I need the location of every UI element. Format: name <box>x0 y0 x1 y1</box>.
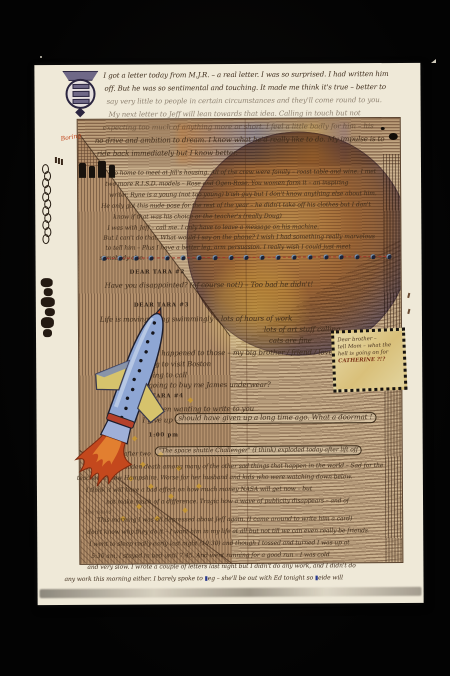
bead <box>291 254 296 259</box>
tally-mark <box>61 159 63 165</box>
photograph-of-journal-page: Boring <box>0 0 450 676</box>
margin-tick <box>407 309 410 314</box>
tally-mark <box>58 158 60 164</box>
journal-line: say very little to people in certain cir… <box>107 97 382 106</box>
bead <box>339 254 344 259</box>
entry-header: DEAR TARA #2 <box>130 270 185 276</box>
boxed-line: should have given up a long time ago. Wh… <box>174 412 376 425</box>
stamp-line: CATHERINE ?!? <box>338 356 400 366</box>
stamp-box: Dear brother – tell Mom – what the hell … <box>331 328 407 393</box>
bead <box>196 255 201 260</box>
totem-doodle <box>41 277 55 337</box>
journal-line-redacted: any work this morning either. I barely s… <box>64 575 342 583</box>
bead <box>371 254 376 259</box>
ink-blot <box>381 127 385 130</box>
bead <box>276 254 281 259</box>
bead <box>149 255 154 260</box>
journal-line: I got a letter today from M.J.R. – a rea… <box>103 71 388 80</box>
journal-paper: Boring <box>34 63 423 605</box>
journal-line: and very slow. I wrote a couple of lette… <box>87 563 355 571</box>
bead <box>117 255 122 260</box>
bead <box>323 254 328 259</box>
bead <box>165 255 170 260</box>
bead <box>386 254 391 259</box>
journal-line: I was with Jeff – call me. I only have t… <box>107 224 319 232</box>
journal-line: Have you disappointed? (of course not!) … <box>105 281 313 290</box>
bead <box>102 255 107 260</box>
bead <box>133 255 138 260</box>
bead <box>355 254 360 259</box>
ink-figures-doodle <box>79 161 115 178</box>
boxed-line: "The space shuttle Challenger" (I think)… <box>155 445 362 457</box>
photo-speck <box>40 56 42 58</box>
bead <box>260 254 265 259</box>
journal-line: the news <box>85 510 112 516</box>
bead <box>212 255 217 260</box>
monogram-emblem-icon <box>58 71 102 119</box>
journal-line: cats are fine <box>269 337 312 345</box>
bead <box>181 255 186 260</box>
ink-blot <box>389 133 398 140</box>
bead <box>307 254 312 259</box>
margin-tick <box>407 293 410 298</box>
photo-speck <box>431 59 436 63</box>
journal-line: My next letter to Jeff will lean towards… <box>109 110 361 119</box>
journal-line: ride back immediately but I know better. <box>97 150 238 158</box>
journal-line: lots of art stuff calling <box>264 326 340 334</box>
journal-line: know if that was his choice or the teach… <box>113 214 282 221</box>
journal-line: off. But he was so sentimental and touch… <box>104 84 386 93</box>
chain-doodle <box>42 167 51 244</box>
bead <box>228 254 233 259</box>
photo-smudge <box>40 587 422 598</box>
bead <box>244 254 249 259</box>
tally-mark <box>55 157 57 163</box>
